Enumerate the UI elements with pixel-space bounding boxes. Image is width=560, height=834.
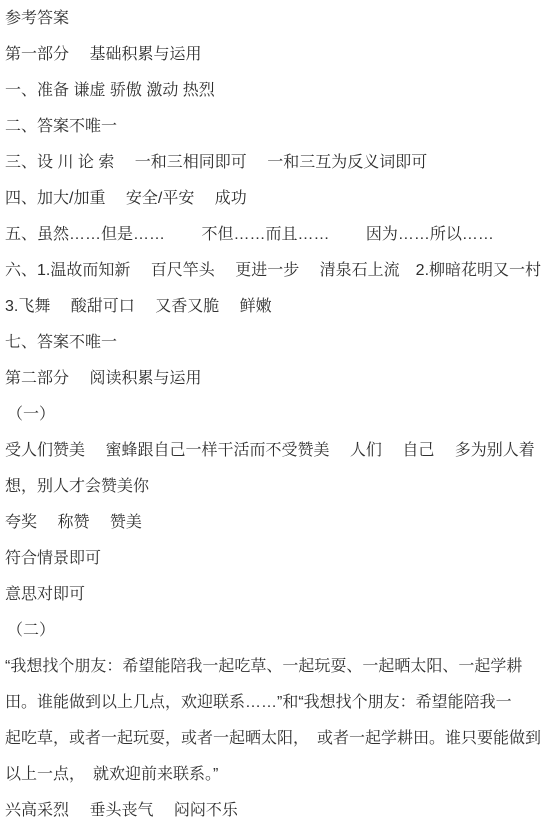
part2-section1-answer-line-1: 受人们赞美 蜜蜂跟自己一样干活而不受赞美 人们 自己 多为别人着: [5, 433, 554, 469]
part2-section1-answer-line-3: 夸奖 称赞 赞美: [5, 505, 554, 541]
part2-section2-answer-line-2: 田。谁能做到以上几点，欢迎联系……”和“我想找个朋友：希望能陪我一: [5, 685, 554, 721]
part2-section2-answer-line-4: 以上一点， 就欢迎前来联系。”: [5, 757, 554, 793]
part2-section1-answer-line-4: 符合情景即可: [5, 541, 554, 577]
part2-section1-label: （一）: [5, 397, 554, 433]
part1-answer-line-6: 六、1.温故而知新 百尺竿头 更进一步 清泉石上流 2.柳暗花明又一村: [5, 253, 554, 289]
part1-answer-line-7: 七、答案不唯一: [5, 325, 554, 361]
part2-section2-answer-line-5: 兴高采烈 垂头丧气 闷闷不乐: [5, 793, 554, 829]
part2-section2-answer-line-3: 起吃草，或者一起玩耍，或者一起晒太阳， 或者一起学耕田。谁只要能做到: [5, 721, 554, 757]
part1-answer-line-6b: 3.飞舞 酸甜可口 又香又脆 鲜嫩: [5, 289, 554, 325]
part1-answer-line-5: 五、虽然……但是…… 不但……而且…… 因为……所以……: [5, 217, 554, 253]
part2-section2-answer-line-1: “我想找个朋友：希望能陪我一起吃草、一起玩耍、一起晒太阳、一起学耕: [5, 649, 554, 685]
part1-answer-line-2: 二、答案不唯一: [5, 109, 554, 145]
part2-section1-answer-line-2: 想，别人才会赞美你: [5, 469, 554, 505]
answer-key-document: 参考答案 第一部分 基础积累与运用 一、准备 谦虚 骄傲 激动 热烈 二、答案不…: [0, 0, 560, 829]
part1-heading: 第一部分 基础积累与运用: [5, 37, 554, 73]
part1-answer-line-4: 四、加大/加重 安全/平安 成功: [5, 181, 554, 217]
part1-answer-line-1: 一、准备 谦虚 骄傲 激动 热烈: [5, 73, 554, 109]
part2-heading: 第二部分 阅读积累与运用: [5, 361, 554, 397]
part2-section2-label: （二）: [5, 613, 554, 649]
doc-title: 参考答案: [5, 1, 554, 37]
part1-answer-line-3: 三、设 川 论 索 一和三相同即可 一和三互为反义词即可: [5, 145, 554, 181]
part2-section1-answer-line-5: 意思对即可: [5, 577, 554, 613]
